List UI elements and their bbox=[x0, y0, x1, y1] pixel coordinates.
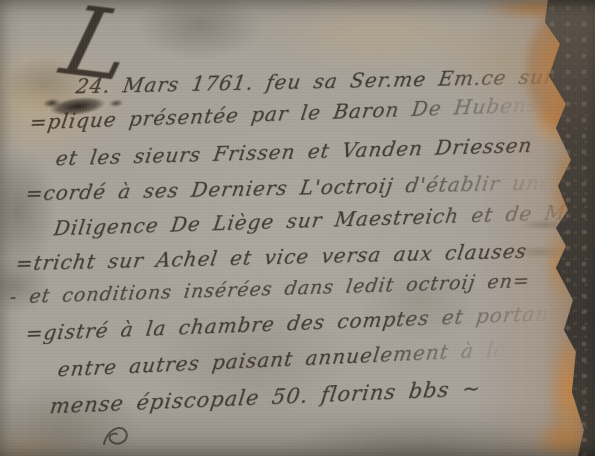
pen-flourish-icon bbox=[100, 422, 142, 450]
manuscript-page: L 24. Mars 1761. feu sa Ser.me Em.ce sur… bbox=[0, 0, 595, 456]
